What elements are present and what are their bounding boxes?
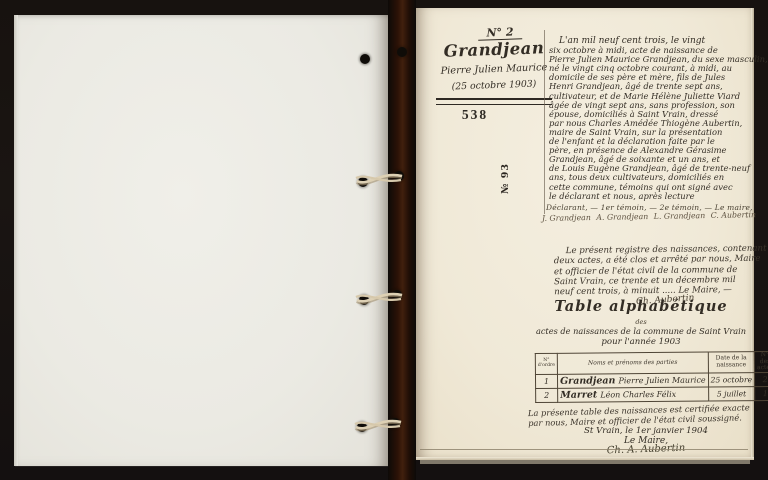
col-header-order: N° d'ordre (535, 353, 557, 374)
archive-stamp-93-text: № 93 (500, 163, 511, 194)
margin-given-names: Pierre Julien Maurice (420, 61, 568, 77)
register-closing-text: Le présent registre des naissances, cont… (554, 244, 755, 298)
row-surname: Marret (560, 389, 597, 400)
certification-place-date: St Vrain, le 1er janvier 1904 (546, 426, 746, 436)
signature-witness-1: A. Grandjean (596, 212, 648, 222)
row-name: MarretLéon Charles Félix (558, 387, 709, 402)
archive-stamp-93-rotated: № 93 (490, 158, 534, 202)
col-header-acte: N° des actes (754, 351, 768, 372)
table-subtitle-year: pour l'année 1903 (526, 337, 756, 347)
signature-declarant: J. Grandjean (542, 213, 591, 223)
act-line: le déclarant et nous, après lecture (549, 192, 751, 201)
table-row: 2 MarretLéon Charles Félix 5 juillet 1 (536, 386, 768, 402)
binding-string-tie (351, 414, 409, 438)
left-blank-page (14, 15, 388, 466)
row-birthdate: 5 juillet (708, 386, 755, 400)
signature-witness-2: L. Grandjean (654, 211, 706, 221)
left-page-edge (14, 15, 18, 466)
binding-gutter (388, 0, 416, 480)
page-bottom-rule (420, 449, 748, 450)
row-act-number: 2 (755, 372, 768, 386)
table-subtitle-commune: actes de naissances de la commune de Sai… (512, 326, 768, 336)
table-title: Table alphabétique (526, 298, 756, 315)
row-birthdate: 25 octobre (708, 372, 755, 386)
births-index-table: N° d'ordre Noms et prénoms des parties D… (535, 351, 768, 403)
scanned-register-spread: N° 2 Grandjean Pierre Julien Maurice (25… (0, 0, 768, 480)
row-order: 2 (536, 388, 558, 402)
punch-hole (360, 54, 370, 64)
table-certification-text: La présente table des naissances est cer… (528, 403, 762, 428)
punch-hole (397, 47, 407, 57)
underlying-page-sliver (420, 460, 750, 464)
table-header-row: N° d'ordre Noms et prénoms des parties D… (535, 351, 768, 374)
margin-date-note: (25 octobre 1903) (426, 78, 562, 94)
archive-stamp-538: 538 (446, 107, 504, 123)
row-act-number: 1 (755, 386, 768, 400)
act-left-rule (544, 30, 545, 214)
row-order: 1 (535, 374, 557, 388)
row-name: GrandjeanPierre Julien Maurice (557, 373, 708, 388)
col-header-date: Date de la naissance (708, 352, 755, 373)
margin-divider-rule (436, 98, 552, 105)
act-signatures-row: J. Grandjean A. Grandjean L. Grandjean C… (542, 210, 756, 223)
right-register-page: N° 2 Grandjean Pierre Julien Maurice (25… (416, 8, 754, 460)
row-given: Léon Charles Félix (600, 389, 676, 399)
signature-mayor: C. Aubertin (711, 210, 756, 220)
row-given: Pierre Julien Maurice (618, 375, 705, 385)
table-subtitle-des: des (526, 318, 756, 326)
binding-string-tie (352, 287, 410, 311)
birth-act-text: L'an mil neuf cent trois, le vingt six o… (549, 37, 751, 201)
binding-string-tie (352, 168, 410, 192)
row-surname: Grandjean (560, 375, 615, 386)
col-header-names: Noms et prénoms des parties (557, 352, 708, 374)
